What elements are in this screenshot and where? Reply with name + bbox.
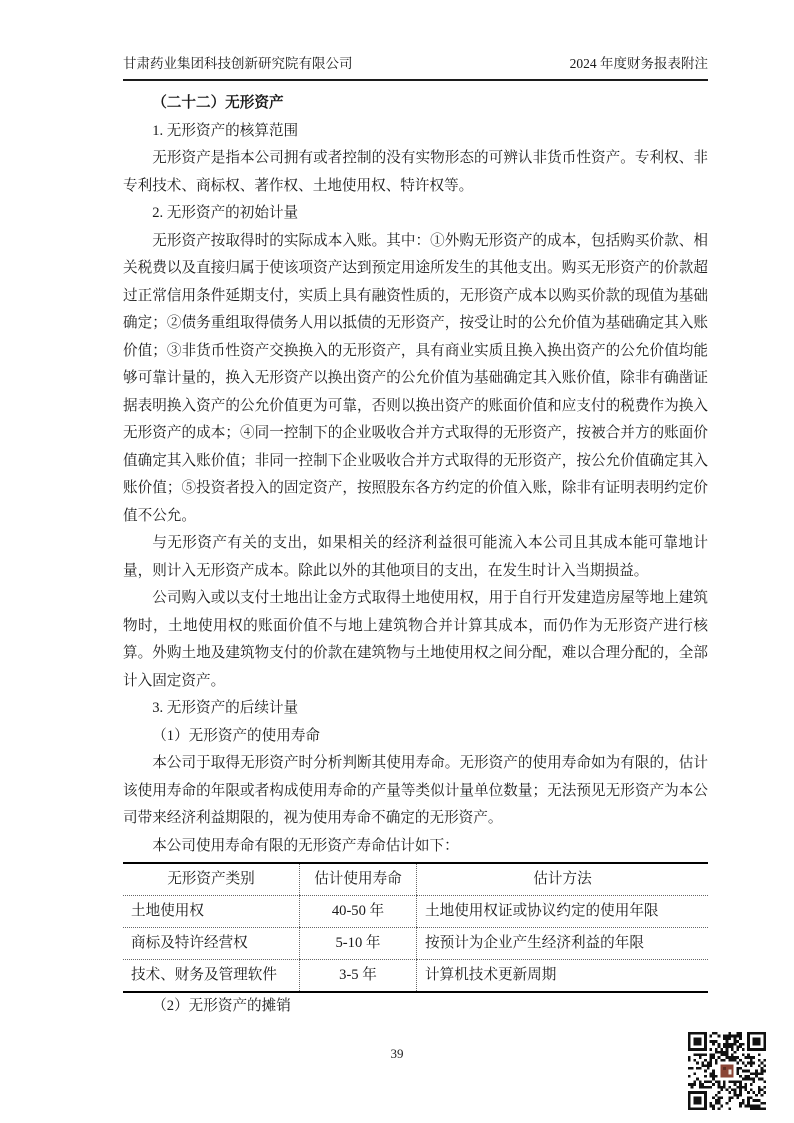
subheading-accounting-scope: 1. 无形资产的核算范围 [123,118,708,146]
subheading-subsequent-measurement: 3. 无形资产的后续计量 [123,695,708,723]
qr-code [688,1032,766,1110]
table-row: 商标及特许经营权 5-10 年 按预计为企业产生经济利益的年限 [123,928,708,960]
table-header-category: 无形资产类别 [123,863,300,896]
paragraph-initial-measurement: 无形资产按取得时的实际成本入账。其中：①外购无形资产的成本，包括购买价款、相关税… [123,228,708,531]
section-heading: （二十二）无形资产 [123,90,708,118]
table-header-row: 无形资产类别 估计使用寿命 估计方法 [123,863,708,896]
table-header-estimate-method: 估计方法 [417,863,709,896]
paragraph-table-intro: 本公司使用寿命有限的无形资产寿命估计如下： [123,833,708,861]
header-company-name: 甘肃药业集团科技创新研究院有限公司 [123,52,353,72]
table-header-estimated-life: 估计使用寿命 [300,863,417,896]
table-cell-category: 土地使用权 [123,896,300,928]
paragraph-useful-life: 本公司于取得无形资产时分析判断其使用寿命。无形资产的使用寿命如为有限的，估计该使… [123,750,708,833]
document-page: 甘肃药业集团科技创新研究院有限公司 2024 年度财务报表附注 （二十二）无形资… [0,0,794,1123]
page-number: 39 [0,1046,794,1062]
paragraph-definition: 无形资产是指本公司拥有或者控制的没有实物形态的可辨认非货币性资产。专利权、非专利… [123,145,708,200]
table-cell-category: 商标及特许经营权 [123,928,300,960]
document-body: （二十二）无形资产 1. 无形资产的核算范围 无形资产是指本公司拥有或者控制的没… [123,90,708,1021]
paragraph-related-expenditure: 与无形资产有关的支出，如果相关的经济利益很可能流入本公司且其成本能可靠地计量，则… [123,530,708,585]
table-row: 土地使用权 40-50 年 土地使用权证或协议约定的使用年限 [123,896,708,928]
table-cell-method: 土地使用权证或协议约定的使用年限 [417,896,709,928]
useful-life-estimate-table: 无形资产类别 估计使用寿命 估计方法 土地使用权 40-50 年 土地使用权证或… [123,862,708,993]
table-cell-category: 技术、财务及管理软件 [123,960,300,993]
table-cell-life: 5-10 年 [300,928,417,960]
subheading-initial-measurement: 2. 无形资产的初始计量 [123,200,708,228]
table-cell-life: 40-50 年 [300,896,417,928]
subheading-useful-life: （1）无形资产的使用寿命 [123,723,708,751]
table-cell-life: 3-5 年 [300,960,417,993]
subheading-amortization: （2）无形资产的摊销 [123,993,708,1021]
page-header: 甘肃药业集团科技创新研究院有限公司 2024 年度财务报表附注 [123,52,708,81]
paragraph-land-use-right: 公司购入或以支付土地出让金方式取得土地使用权，用于自行开发建造房屋等地上建筑物时… [123,585,708,695]
header-doc-title: 2024 年度财务报表附注 [570,52,708,72]
table-cell-method: 计算机技术更新周期 [417,960,709,993]
table-cell-method: 按预计为企业产生经济利益的年限 [417,928,709,960]
table-row: 技术、财务及管理软件 3-5 年 计算机技术更新周期 [123,960,708,993]
